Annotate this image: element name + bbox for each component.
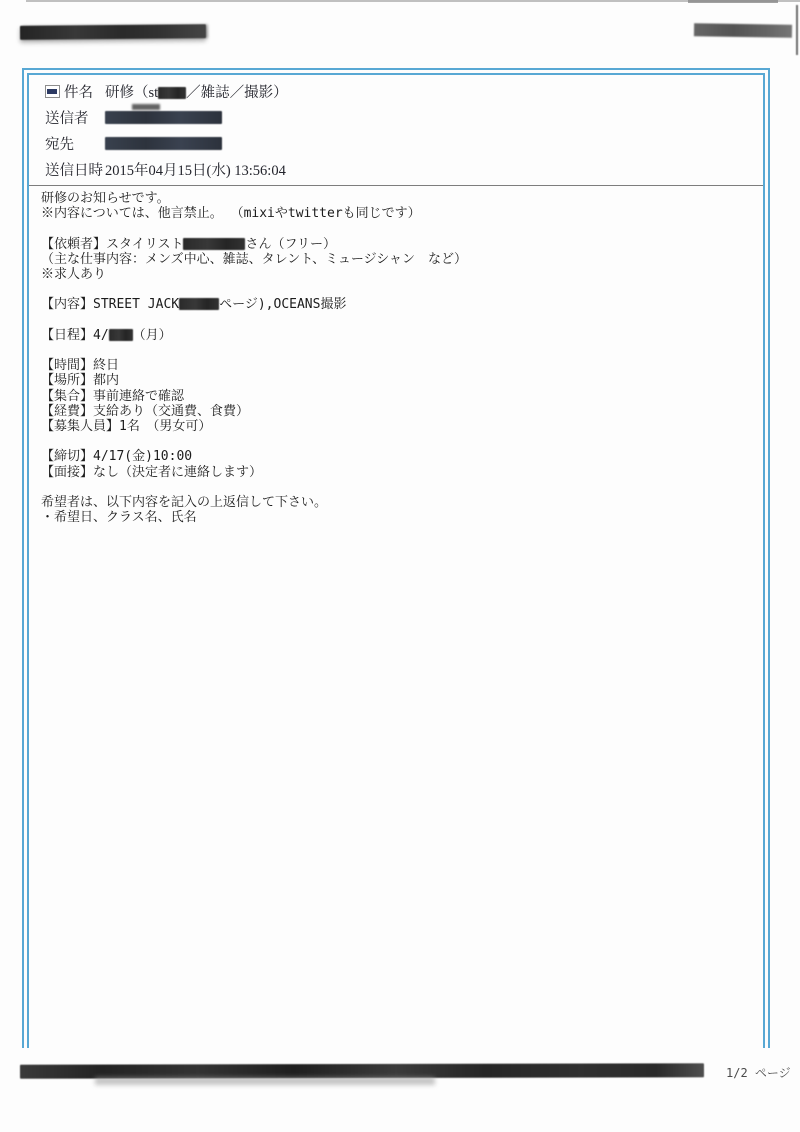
body-line (41, 313, 751, 328)
page-number: 1/2 ページ (726, 1064, 791, 1081)
text-segment: 【経費】支給あり（交通費、食費） (41, 404, 249, 419)
subject-row: 件名 研修（st／雑誌／撮影） (45, 78, 753, 104)
text-segment: 【依頼者】スタイリスト (41, 237, 183, 252)
body-line (41, 480, 751, 495)
body-line (41, 221, 751, 236)
text-segment: ・希望日、クラス名、氏名 (41, 510, 197, 525)
body-line: 【面接】なし（決定者に連絡します） (41, 465, 751, 480)
redacted-recipient-value (105, 137, 222, 150)
text-segment: （主な仕事内容：メンズ中心、雑誌、タレント、ミュージシャン など） (41, 252, 467, 267)
body-line: 希望者は、以下内容を記入の上返信して下さい。 (41, 495, 751, 510)
text-segment: 【締切】4/17(金)10:00 (41, 449, 192, 464)
redacted-text (109, 329, 133, 341)
text-segment: 【場所】都内 (41, 373, 119, 388)
body-line: 【経費】支給あり（交通費、食費） (41, 404, 751, 419)
redacted-header-left (20, 24, 206, 40)
subject-label-group: 件名 (45, 81, 105, 102)
body-line: 研修のお知らせです。 (41, 191, 751, 206)
scan-right-edge-mark (796, 5, 798, 55)
redacted-text (183, 238, 245, 250)
redacted-text (158, 87, 186, 99)
text-segment: 【内容】STREET JACK (41, 297, 179, 312)
redacted-sender-value (105, 111, 222, 124)
scanned-email-page: { "page": { "page_number": "1/2 ページ" }, … (0, 0, 800, 1132)
text-segment: ／雑誌／撮影） (186, 85, 288, 101)
text-segment: ページ),OCEANS撮影 (219, 297, 346, 312)
body-line (41, 282, 751, 297)
scan-bottom-smudge (95, 1077, 435, 1085)
recipient-label: 宛先 (45, 133, 105, 154)
sender-label: 送信者 (45, 107, 105, 128)
email-frame-inner: 件名 研修（st／雑誌／撮影） 送信者 宛先 送信日時 2015年04月15日(… (27, 73, 765, 1048)
sent-date-row: 送信日時 2015年04月15日(水) 13:56:04 (45, 156, 753, 182)
body-line: 【日程】4/（月） (41, 328, 751, 343)
text-segment: 【面接】なし（決定者に連絡します） (41, 465, 262, 480)
body-line: 【内容】STREET JACKページ),OCEANS撮影 (41, 297, 751, 312)
sent-date-value: 2015年04月15日(水) 13:56:04 (105, 159, 286, 180)
body-line: ※内容については、他言禁止。 （mixiやtwitterも同じです） (41, 206, 751, 221)
email-header: 件名 研修（st／雑誌／撮影） 送信者 宛先 送信日時 2015年04月15日(… (29, 75, 763, 182)
text-segment: 研修のお知らせです。 (41, 191, 170, 206)
scan-top-edge-line-dark (688, 0, 778, 3)
mail-body: 研修のお知らせです。※内容については、他言禁止。 （mixiやtwitterも同… (29, 186, 763, 525)
body-line: ・希望日、クラス名、氏名 (41, 510, 751, 525)
recipient-row: 宛先 (45, 130, 753, 156)
redacted-text (179, 298, 219, 310)
email-frame: 件名 研修（st／雑誌／撮影） 送信者 宛先 送信日時 2015年04月15日(… (22, 68, 770, 1048)
body-line: 【時間】終日 (41, 358, 751, 373)
text-segment: 【集合】事前連絡で確認 (41, 389, 184, 404)
body-line: ※求人あり (41, 267, 751, 282)
scan-top-edge-line (26, 0, 800, 2)
body-line: 【募集人員】1名 （男女可） (41, 419, 751, 434)
text-segment: 【募集人員】1名 （男女可） (41, 419, 211, 434)
body-line: （主な仕事内容：メンズ中心、雑誌、タレント、ミュージシャン など） (41, 252, 751, 267)
text-segment: さん（フリー） (245, 237, 335, 252)
subject-label: 件名 (64, 81, 93, 102)
body-line (41, 434, 751, 449)
body-line: 【依頼者】スタイリストさん（フリー） (41, 237, 751, 252)
sent-date-label: 送信日時 (45, 159, 105, 180)
text-segment: ※求人あり (41, 267, 106, 282)
subject-value: 研修（st／雑誌／撮影） (105, 81, 288, 102)
body-line: 【締切】4/17(金)10:00 (41, 449, 751, 464)
body-line: 【場所】都内 (41, 373, 751, 388)
text-segment: 【日程】4/ (41, 328, 109, 343)
body-line: 【集合】事前連絡で確認 (41, 389, 751, 404)
text-segment: （月） (133, 328, 172, 343)
text-segment: 希望者は、以下内容を記入の上返信して下さい。 (41, 495, 327, 510)
redacted-header-right (694, 23, 792, 38)
text-segment: ※内容については、他言禁止。 （mixiやtwitterも同じです） (41, 206, 421, 221)
minus-box-icon (45, 85, 60, 98)
text-segment: 【時間】終日 (41, 358, 119, 373)
text-segment: 研修（st (105, 85, 158, 101)
scan-smudge (132, 104, 160, 110)
body-line (41, 343, 751, 358)
